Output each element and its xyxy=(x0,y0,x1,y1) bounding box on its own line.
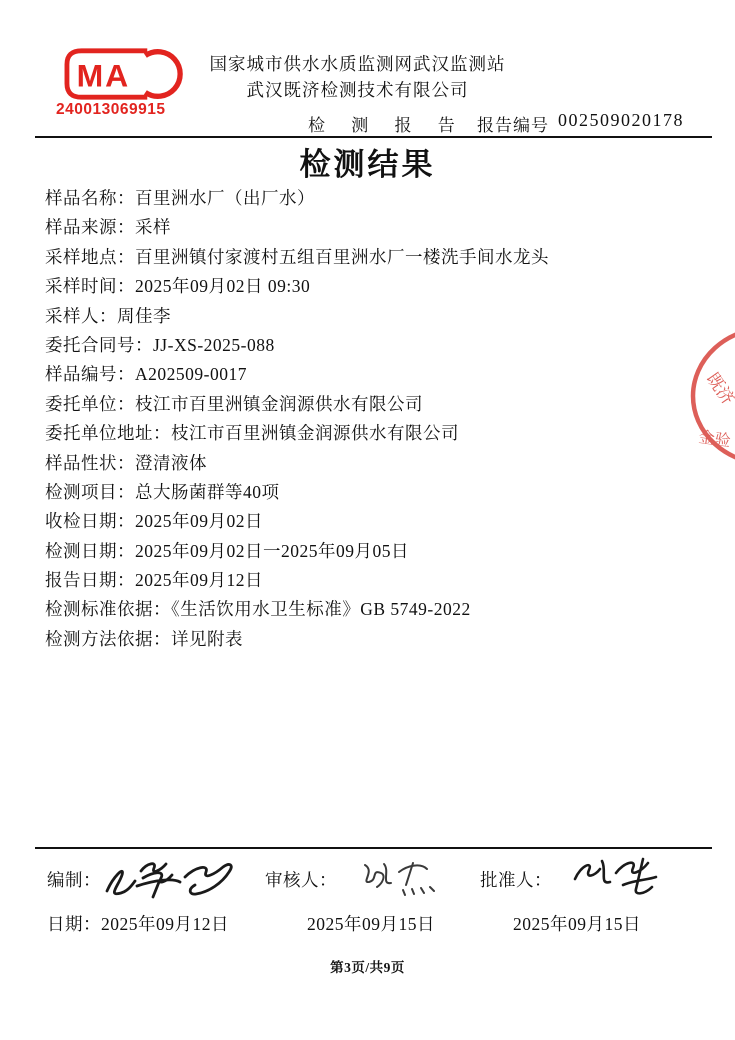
org-line-2: 武汉既济检测技术有限公司 xyxy=(165,77,550,103)
field-row-method-basis: 检测方法依据：详见附表 xyxy=(45,625,720,654)
field-label: 样品名称： xyxy=(45,188,135,208)
field-row-sample-source: 样品来源：采样 xyxy=(45,213,720,242)
field-value: 百里洲水厂（出厂水） xyxy=(135,188,315,208)
field-label: 采样地点： xyxy=(45,247,135,267)
field-value: 2025年09月02日一2025年09月05日 xyxy=(135,541,409,561)
report-page: MA 240013069915 国家城市供水水质监测网武汉监测站 武汉既济检测技… xyxy=(0,0,735,1040)
field-label: 检测方法依据： xyxy=(45,629,171,649)
field-row-sampling-time: 采样时间：2025年09月02日 09:30 xyxy=(45,272,720,301)
field-value: A202509-0017 xyxy=(135,364,247,384)
field-value: 百里洲镇付家渡村五组百里洲水厂一楼洗手间水龙头 xyxy=(135,247,549,267)
cma-letters: MA xyxy=(77,58,131,94)
field-row-client-address: 委托单位地址：枝江市百里洲镇金润源供水有限公司 xyxy=(45,419,720,448)
field-label: 采样时间： xyxy=(45,276,135,296)
date-label: 日期： xyxy=(47,914,101,934)
official-seal-fragment: 既济 金验 xyxy=(688,326,735,476)
approved-date: 2025年09月15日 xyxy=(513,911,641,936)
field-row-test-items: 检测项目：总大肠菌群等40项 xyxy=(45,478,720,507)
field-value: 枝江市百里洲镇金润源供水有限公司 xyxy=(171,423,459,443)
report-number-value: 002509020178 xyxy=(558,110,684,131)
page-title: 检测结果 xyxy=(0,139,735,184)
field-row-sampler: 采样人：周佳李 xyxy=(45,302,720,331)
field-label: 报告日期： xyxy=(45,570,135,590)
field-value: 2025年09月02日 09:30 xyxy=(135,276,310,296)
field-label: 样品来源： xyxy=(45,217,135,237)
field-row-client: 委托单位：枝江市百里洲镇金润源供水有限公司 xyxy=(45,390,720,419)
field-value: 2025年09月02日 xyxy=(135,511,263,531)
field-value: 澄清液体 xyxy=(135,453,207,473)
field-row-sample-name: 样品名称：百里洲水厂（出厂水） xyxy=(45,184,720,213)
field-label: 委托合同号： xyxy=(45,335,153,355)
report-type-label: 检 测 报 告 xyxy=(308,111,466,136)
field-row-contract-number: 委托合同号：JJ-XS-2025-088 xyxy=(45,331,720,360)
field-label: 检测日期： xyxy=(45,541,135,561)
field-row-report-date: 报告日期：2025年09月12日 xyxy=(45,566,720,595)
field-label: 检测项目： xyxy=(45,482,135,502)
field-value: 总大肠菌群等40项 xyxy=(135,482,280,502)
prepared-signature xyxy=(97,855,247,905)
reviewed-signature xyxy=(351,857,461,905)
page-number: 第3页/共9页 xyxy=(0,956,735,976)
seal-text-bottom: 金验 xyxy=(697,428,731,450)
field-row-sample-appearance: 样品性状：澄清液体 xyxy=(45,449,720,478)
field-label: 检测标准依据： xyxy=(45,599,171,619)
seal-text-top: 既济 xyxy=(703,369,735,408)
approved-by-label: 批准人： xyxy=(480,867,552,892)
field-row-standard-basis: 检测标准依据：《生活饮用水卫生标准》GB 5749-2022 xyxy=(45,595,720,624)
prepared-date: 日期：2025年09月12日 xyxy=(47,911,229,936)
field-value: JJ-XS-2025-088 xyxy=(153,335,275,355)
reviewed-by-label: 审核人： xyxy=(265,867,337,892)
field-label: 委托单位： xyxy=(45,394,135,414)
field-label: 收检日期： xyxy=(45,511,135,531)
field-label: 采样人： xyxy=(45,306,117,326)
field-row-sampling-location: 采样地点：百里洲镇付家渡村五组百里洲水厂一楼洗手间水龙头 xyxy=(45,243,720,272)
field-label: 样品性状： xyxy=(45,453,135,473)
field-value: 2025年09月12日 xyxy=(135,570,263,590)
field-row-sample-number: 样品编号：A202509-0017 xyxy=(45,360,720,389)
cma-certificate-number: 240013069915 xyxy=(56,101,196,119)
signoff-section: 编制： 审核人： 批准人： xyxy=(35,847,712,957)
reviewed-date: 2025年09月15日 xyxy=(307,911,435,936)
org-names: 国家城市供水水质监测网武汉监测站 武汉既济检测技术有限公司 xyxy=(165,51,550,103)
field-value: 周佳李 xyxy=(117,306,171,326)
field-value: 详见附表 xyxy=(171,629,243,649)
field-row-test-date: 检测日期：2025年09月02日一2025年09月05日 xyxy=(45,537,720,566)
field-label: 样品编号： xyxy=(45,364,135,384)
org-line-1: 国家城市供水水质监测网武汉监测站 xyxy=(165,51,550,77)
prepared-by-label: 编制： xyxy=(47,867,101,892)
approved-signature xyxy=(563,853,678,905)
report-number-label: 报告编号 xyxy=(477,111,549,136)
field-label: 委托单位地址： xyxy=(45,423,171,443)
field-value: 采样 xyxy=(135,217,171,237)
prepared-date-value: 2025年09月12日 xyxy=(101,914,229,934)
report-fields: 样品名称：百里洲水厂（出厂水） 样品来源：采样 采样地点：百里洲镇付家渡村五组百… xyxy=(45,184,720,654)
header-divider xyxy=(35,136,712,138)
field-row-receipt-date: 收检日期：2025年09月02日 xyxy=(45,507,720,536)
field-value: 枝江市百里洲镇金润源供水有限公司 xyxy=(135,394,423,414)
field-value: 《生活饮用水卫生标准》GB 5749-2022 xyxy=(171,599,471,619)
